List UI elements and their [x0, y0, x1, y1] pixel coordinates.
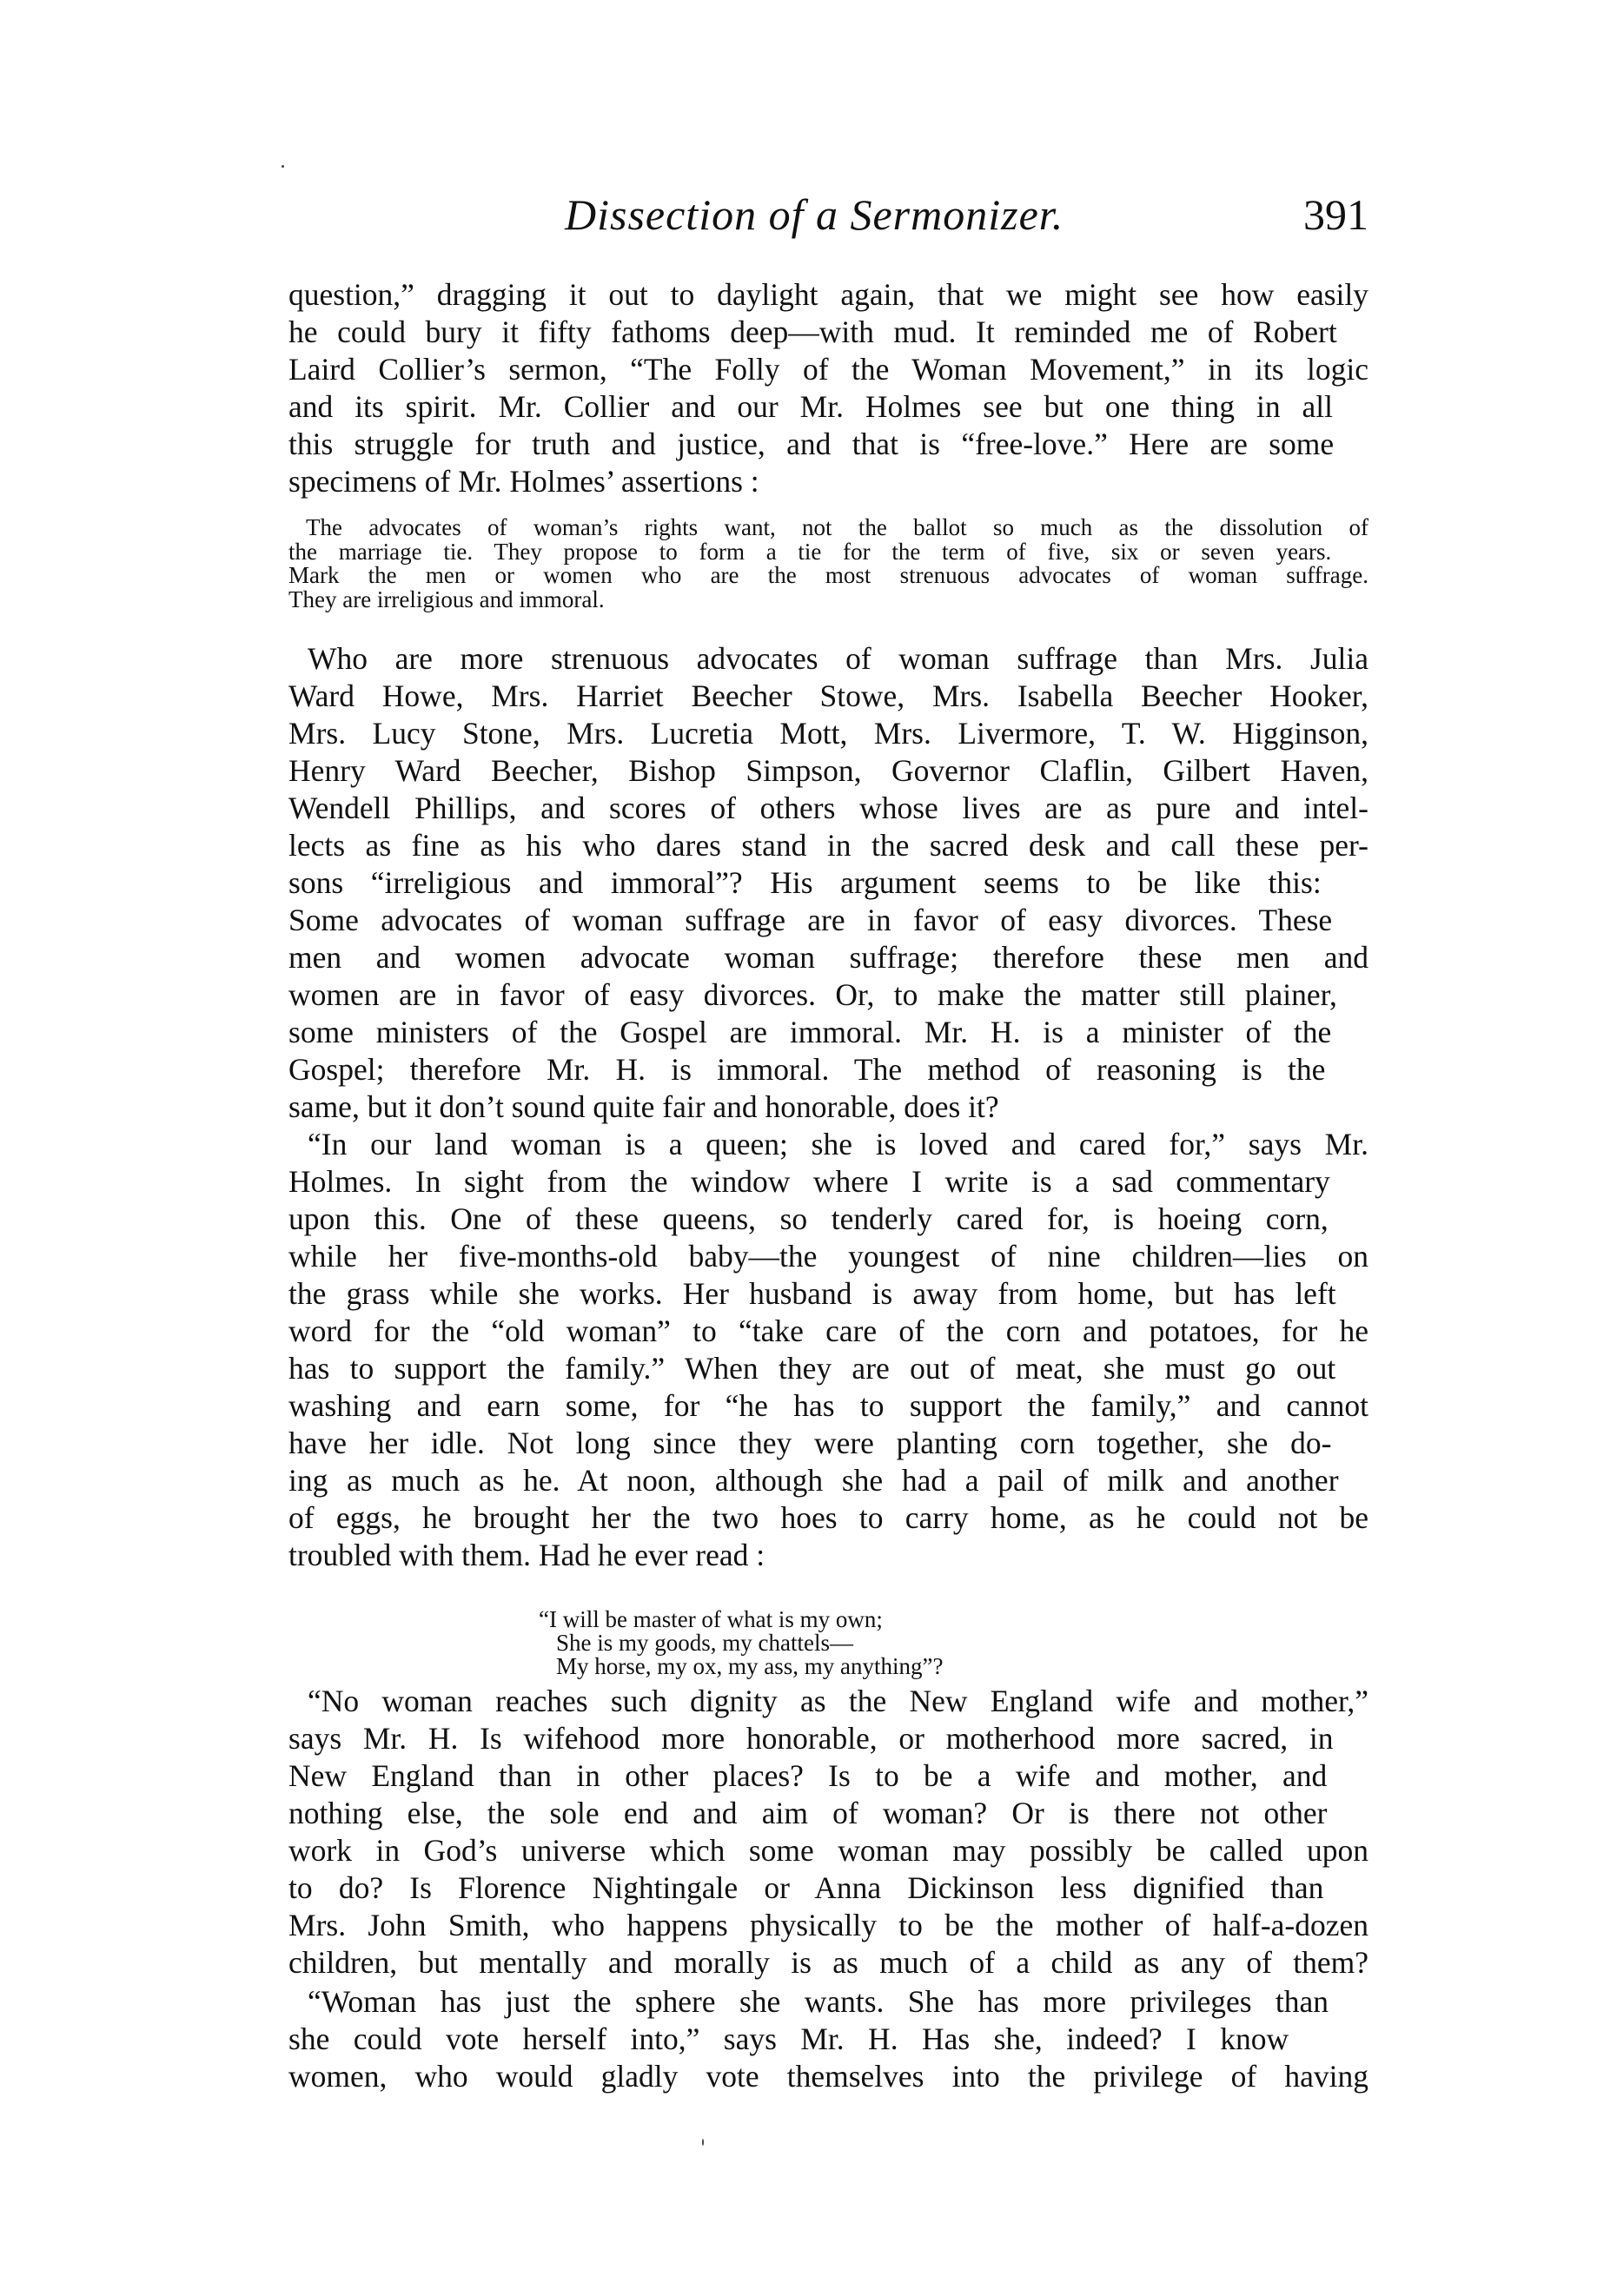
- text-line: Laird Collier’s sermon, “The Folly of th…: [288, 351, 1368, 388]
- running-title: Dissection of a Sermonizer.: [565, 184, 1064, 245]
- text-line: he could bury it fifty fathoms deep—with…: [288, 314, 1368, 351]
- scan-speck: [702, 2139, 704, 2146]
- text-line: sons “irreligious and immoral”? His argu…: [288, 864, 1368, 902]
- text-line: “Woman has just the sphere she wants. Sh…: [288, 1983, 1368, 2021]
- text-line: women, who would gladly vote themselves …: [288, 2058, 1368, 2095]
- text-line: question,” dragging it out to daylight a…: [288, 276, 1368, 314]
- text-line: lects as fine as his who dares stand in …: [288, 827, 1368, 864]
- text-line: the grass while she works. Her husband i…: [288, 1275, 1368, 1313]
- text-line: word for the “old woman” to “take care o…: [288, 1313, 1368, 1350]
- text-line: says Mr. H. Is wifehood more honorable, …: [288, 1720, 1368, 1757]
- text-line: “No woman reaches such dignity as the Ne…: [288, 1683, 1368, 1720]
- scan-speck: [282, 165, 284, 168]
- verse-line: “I will be master of what is my own;: [539, 1608, 943, 1631]
- text-line: children, but mentally and morally is as…: [288, 1944, 1368, 1982]
- quote-line: The advocates of woman’s rights want, no…: [288, 516, 1368, 540]
- text-line: some ministers of the Gospel are immoral…: [288, 1014, 1368, 1051]
- text-line: troubled with them. Had he ever read :: [288, 1537, 1368, 1574]
- text-line: Some advocates of woman suffrage are in …: [288, 902, 1368, 939]
- text-line: Holmes. In sight from the window where I…: [288, 1163, 1368, 1201]
- page-number: 391: [1303, 184, 1368, 245]
- verse-line: My horse, my ox, my ass, my anything”?: [539, 1655, 943, 1678]
- text-line: Who are more strenuous advocates of woma…: [288, 640, 1368, 678]
- block-quote: The advocates of woman’s rights want, no…: [288, 516, 1368, 612]
- text-line: Mrs. John Smith, who happens physically …: [288, 1907, 1368, 1944]
- text-line: to do? Is Florence Nightingale or Anna D…: [288, 1869, 1368, 1907]
- verse-line: She is my goods, my chattels—: [539, 1631, 943, 1655]
- quote-line: They are irreligious and immoral.: [288, 588, 1368, 612]
- text-line: Wendell Phillips, and scores of others w…: [288, 790, 1368, 827]
- text-line: she could vote herself into,” says Mr. H…: [288, 2021, 1368, 2058]
- quote-line: Mark the men or women who are the most s…: [288, 564, 1368, 588]
- text-line: specimens of Mr. Holmes’ assertions :: [288, 463, 1368, 500]
- paragraph-4: “No woman reaches such dignity as the Ne…: [288, 1683, 1368, 1982]
- text-line: while her five-months-old baby—the young…: [288, 1238, 1368, 1275]
- text-line: Mrs. Lucy Stone, Mrs. Lucretia Mott, Mrs…: [288, 715, 1368, 752]
- quote-line: the marriage tie. They propose to form a…: [288, 540, 1368, 565]
- text-line: men and women advocate woman suffrage; t…: [288, 939, 1368, 976]
- text-line: has to support the family.” When they ar…: [288, 1350, 1368, 1387]
- paragraph-1: question,” dragging it out to daylight a…: [288, 276, 1368, 500]
- text-line: women are in favor of easy divorces. Or,…: [288, 976, 1368, 1014]
- text-line: and its spirit. Mr. Collier and our Mr. …: [288, 388, 1368, 426]
- text-line: Henry Ward Beecher, Bishop Simpson, Gove…: [288, 752, 1368, 790]
- text-line: New England than in other places? Is to …: [288, 1757, 1368, 1795]
- text-line: same, but it don’t sound quite fair and …: [288, 1088, 1368, 1126]
- text-line: nothing else, the sole end and aim of wo…: [288, 1795, 1368, 1832]
- paragraph-5: “Woman has just the sphere she wants. Sh…: [288, 1983, 1368, 2095]
- text-line: “In our land woman is a queen; she is lo…: [288, 1126, 1368, 1163]
- text-line: work in God’s universe which some woman …: [288, 1832, 1368, 1869]
- paragraph-2: Who are more strenuous advocates of woma…: [288, 640, 1368, 1126]
- text-line: upon this. One of these queens, so tende…: [288, 1201, 1368, 1238]
- text-line: of eggs, he brought her the two hoes to …: [288, 1499, 1368, 1537]
- text-line: ing as much as he. At noon, although she…: [288, 1462, 1368, 1499]
- book-page: Dissection of a Sermonizer. 391 question…: [0, 0, 1597, 2296]
- text-line: Ward Howe, Mrs. Harriet Beecher Stowe, M…: [288, 678, 1368, 715]
- verse-quote: “I will be master of what is my own; She…: [539, 1608, 943, 1678]
- text-line: Gospel; therefore Mr. H. is immoral. The…: [288, 1051, 1368, 1088]
- running-head: Dissection of a Sermonizer. 391: [288, 184, 1368, 245]
- paragraph-3: “In our land woman is a queen; she is lo…: [288, 1126, 1368, 1574]
- text-line: this struggle for truth and justice, and…: [288, 426, 1368, 463]
- text-line: washing and earn some, for “he has to su…: [288, 1387, 1368, 1425]
- text-line: have her idle. Not long since they were …: [288, 1425, 1368, 1462]
